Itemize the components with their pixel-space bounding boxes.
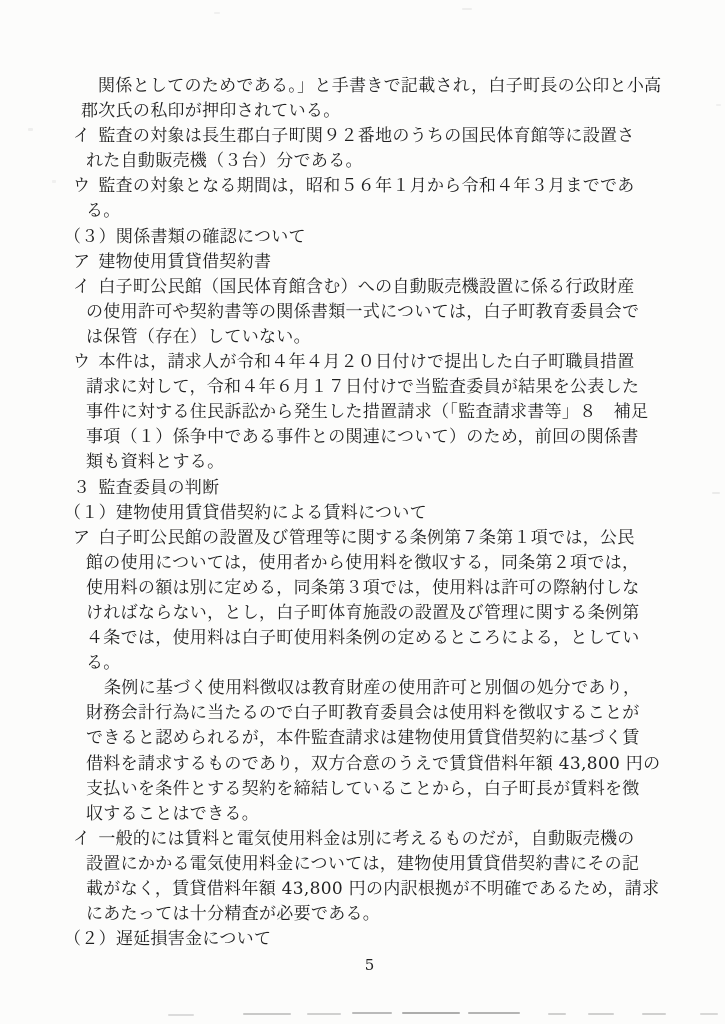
line-text: ４条では，使用料は白子町使用料条例の定めるところによる，としてい bbox=[86, 628, 640, 648]
item-marker: イ bbox=[73, 124, 90, 149]
line-text: 建物使用賃貸借契約書 bbox=[98, 252, 271, 272]
text-line-item: ウ監査の対象となる期間は，昭和５６年１月から令和４年３月までであ bbox=[73, 174, 704, 199]
item-marker: イ bbox=[73, 827, 90, 852]
scan-speck bbox=[712, 492, 720, 494]
scan-dash bbox=[548, 1013, 566, 1015]
text-line: る。 bbox=[86, 199, 704, 224]
scan-speck bbox=[52, 180, 56, 183]
scan-dash bbox=[642, 1013, 666, 1015]
item-marker: ３ bbox=[73, 476, 90, 501]
line-text: 本件は，請求人が令和４年４月２０日付けで提出した白子町職員措置 bbox=[98, 352, 634, 372]
text-line: 類も資料とする。 bbox=[86, 450, 704, 475]
scan-dash bbox=[402, 1012, 460, 1014]
line-text: 条例に基づく使用料徴収は教育財産の使用許可と別個の処分であり， bbox=[104, 678, 640, 698]
text-line-item: ア白子町公民館の設置及び管理等に関する条例第７条第１項では，公民 bbox=[73, 526, 704, 551]
scan-dash bbox=[700, 1013, 718, 1015]
text-line: 支払いを条件とする契約を締結していることから，白子町長が賃料を徴 bbox=[86, 777, 704, 802]
line-text: できると認められるが，本件監査請求は建物使用賃貸借契約に基づく賃 bbox=[86, 728, 640, 748]
line-text: 載がなく，賃貸借料年額 43,800 円の内訳根拠が不明確であるため，請求 bbox=[86, 879, 659, 899]
line-text: は保管（存在）していない。 bbox=[86, 327, 311, 347]
text-line: ４条では，使用料は白子町使用料条例の定めるところによる，としてい bbox=[86, 626, 704, 651]
line-text: の使用許可や契約書等の関係書類一式については，白子町教育委員会で bbox=[86, 302, 639, 322]
line-text: 館の使用については，使用者から使用料を徴収する，同条第２項では， bbox=[86, 553, 639, 573]
line-text: 監査の対象は長生郡白子町関９２番地のうちの国民体育館等に設置さ bbox=[98, 126, 634, 146]
page-number: 5 bbox=[64, 956, 676, 974]
line-text: 一般的には賃料と電気使用料金は別に考えるものだが，自動販売機の bbox=[98, 829, 634, 849]
text-line: にあたっては十分精査が必要である。 bbox=[86, 902, 704, 927]
line-text: 財務会計行為に当たるので白子町教育委員会は使用料を徴収することが bbox=[86, 703, 640, 723]
scan-speck bbox=[462, 8, 472, 10]
line-text: （３）関係書類の確認について bbox=[64, 227, 306, 247]
line-text: （２）遅延損害金について bbox=[64, 929, 271, 949]
scan-dash bbox=[307, 1013, 341, 1015]
line-text: 事件に対する住民訴訟から発生した措置請求（「監査請求書等」８ 補足 bbox=[86, 402, 648, 422]
item-marker: ウ bbox=[73, 174, 90, 199]
text-line: の使用許可や契約書等の関係書類一式については，白子町教育委員会で bbox=[86, 300, 704, 325]
text-line: 館の使用については，使用者から使用料を徴収する，同条第２項では， bbox=[86, 551, 704, 576]
text-line: は保管（存在）していない。 bbox=[86, 325, 704, 350]
scan-dash bbox=[352, 1012, 392, 1014]
text-line: （１）建物使用賃貸借契約による賃料について bbox=[64, 501, 704, 526]
text-line: ければならない，とし，白子町体育施設の設置及び管理に関する条例第 bbox=[86, 601, 704, 626]
line-text: 白子町公民館（国民体育館含む）への自動販売機設置に係る行政財産 bbox=[98, 277, 634, 297]
scan-speck bbox=[716, 104, 721, 106]
scan-dash bbox=[468, 1012, 520, 1014]
line-text: 収することはできる。 bbox=[86, 804, 259, 824]
item-marker: ア bbox=[73, 250, 90, 275]
text-line: （２）遅延損害金について bbox=[64, 927, 704, 952]
line-text: 請求に対して，令和４年６月１７日付けで当監査委員が結果を公表した bbox=[86, 377, 639, 397]
item-marker: イ bbox=[73, 275, 90, 300]
item-marker: ア bbox=[73, 526, 90, 551]
text-line: 使用料の額は別に定める，同条第３項では，使用料は許可の際納付しな bbox=[86, 576, 704, 601]
text-line-item: イ監査の対象は長生郡白子町関９２番地のうちの国民体育館等に設置さ bbox=[73, 124, 704, 149]
line-text: 支払いを条件とする契約を締結していることから，白子町長が賃料を徴 bbox=[86, 779, 640, 799]
text-line-item: イ白子町公民館（国民体育館含む）への自動販売機設置に係る行政財産 bbox=[73, 275, 704, 300]
text-line: 収することはできる。 bbox=[86, 802, 704, 827]
line-text: 白子町公民館の設置及び管理等に関する条例第７条第１項では，公民 bbox=[98, 528, 634, 548]
document-body: 関係としてのためである。」と手書きで記載され，白子町長の公印と小高郡次氏の私印が… bbox=[64, 74, 704, 952]
line-text: にあたっては十分精査が必要である。 bbox=[86, 904, 380, 924]
text-line: れた自動販売機（３台）分である。 bbox=[86, 149, 704, 174]
item-marker: ウ bbox=[73, 350, 90, 375]
document-page: { "page": { "number": "5", "text_color":… bbox=[0, 0, 725, 1024]
scan-dash bbox=[243, 1013, 291, 1015]
text-line: 郡次氏の私印が押印されている。 bbox=[81, 99, 704, 124]
line-text: 監査の対象となる期間は，昭和５６年１月から令和４年３月までであ bbox=[98, 176, 634, 196]
scan-speck bbox=[28, 128, 33, 131]
text-line: 事項（１）係争中である事件との関連について）のため，前回の関係書 bbox=[86, 425, 704, 450]
text-line-item: ３監査委員の判断 bbox=[73, 476, 704, 501]
scan-dash bbox=[168, 1014, 194, 1016]
text-line-item: イ一般的には賃料と電気使用料金は別に考えるものだが，自動販売機の bbox=[73, 827, 704, 852]
line-text: 類も資料とする。 bbox=[86, 452, 224, 472]
text-line: 事件に対する住民訴訟から発生した措置請求（「監査請求書等」８ 補足 bbox=[86, 400, 704, 425]
text-line: （３）関係書類の確認について bbox=[64, 225, 704, 250]
text-line: 設置にかかる電気使用料金については，建物使用賃貸借契約書にその記 bbox=[86, 852, 704, 877]
text-line-item: ア建物使用賃貸借契約書 bbox=[73, 250, 704, 275]
text-line-item: ウ本件は，請求人が令和４年４月２０日付けで提出した白子町職員措置 bbox=[73, 350, 704, 375]
text-line: る。 bbox=[86, 651, 704, 676]
text-line: 借料を請求するものであり，双方合意のうえで賃貸借料年額 43,800 円の bbox=[86, 752, 704, 777]
line-text: る。 bbox=[86, 201, 121, 221]
line-text: 借料を請求するものであり，双方合意のうえで賃貸借料年額 43,800 円の bbox=[86, 754, 660, 774]
line-text: 監査委員の判断 bbox=[98, 478, 219, 498]
line-text: （１）建物使用賃貸借契約による賃料について bbox=[64, 503, 427, 523]
text-line: 財務会計行為に当たるので白子町教育委員会は使用料を徴収することが bbox=[86, 701, 704, 726]
scan-speck bbox=[214, 12, 220, 14]
line-text: 設置にかかる電気使用料金については，建物使用賃貸借契約書にその記 bbox=[86, 854, 639, 874]
line-text: 関係としてのためである。」と手書きで記載され，白子町長の公印と小高 bbox=[98, 76, 661, 96]
line-text: る。 bbox=[86, 653, 121, 673]
line-text: れた自動販売機（３台）分である。 bbox=[86, 151, 363, 171]
text-line: できると認められるが，本件監査請求は建物使用賃貸借契約に基づく賃 bbox=[86, 726, 704, 751]
line-text: ければならない，とし，白子町体育施設の設置及び管理に関する条例第 bbox=[86, 603, 640, 623]
text-line: 載がなく，賃貸借料年額 43,800 円の内訳根拠が不明確であるため，請求 bbox=[86, 877, 704, 902]
text-line: 請求に対して，令和４年６月１７日付けで当監査委員が結果を公表した bbox=[86, 375, 704, 400]
scan-dash bbox=[588, 1013, 614, 1015]
line-text: 使用料の額は別に定める，同条第３項では，使用料は許可の際納付しな bbox=[86, 578, 640, 598]
line-text: 事項（１）係争中である事件との関連について）のため，前回の関係書 bbox=[86, 427, 639, 447]
line-text: 郡次氏の私印が押印されている。 bbox=[81, 101, 341, 121]
text-line: 条例に基づく使用料徴収は教育財産の使用許可と別個の処分であり， bbox=[104, 676, 704, 701]
text-line: 関係としてのためである。」と手書きで記載され，白子町長の公印と小高 bbox=[98, 74, 704, 99]
